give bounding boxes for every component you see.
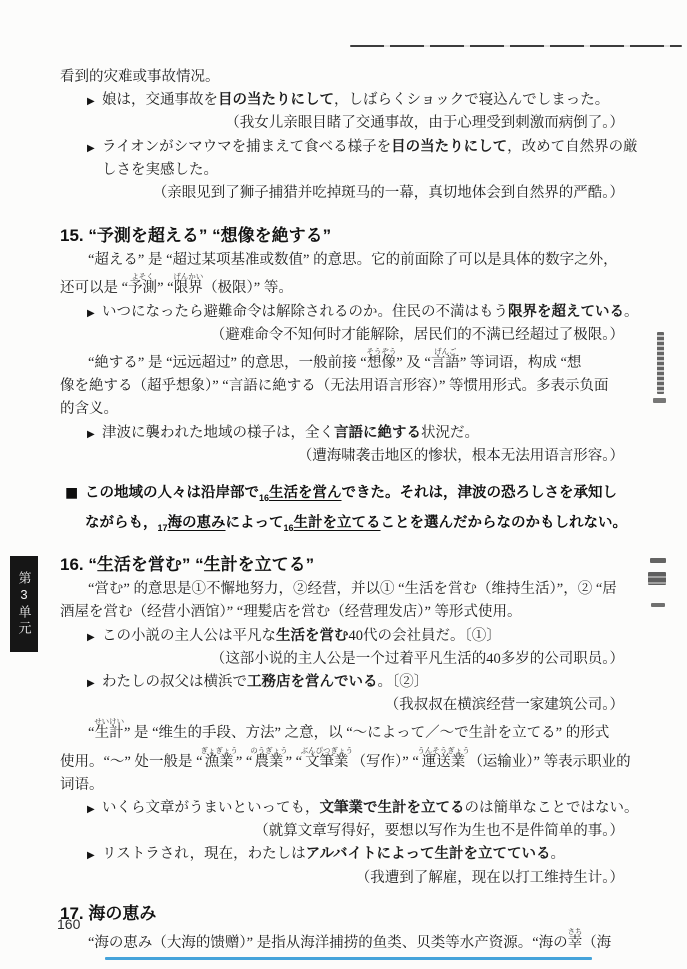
scan-artifact xyxy=(650,558,666,563)
text-segment: できた。それは，津波の恐ろしさを承知し xyxy=(342,485,618,501)
text-segment: “超える” 是 “超过某项基准或数值” 的意思。它的前面除了可以是具体的数字之外… xyxy=(88,252,618,268)
text-segment: 的含义。 xyxy=(60,401,118,417)
text-segment: （运输业）” 等表示职业的 xyxy=(468,754,630,770)
ruby-annotated-word: 予測よそく xyxy=(128,280,157,296)
text-segment: “海の恵み（大海的馈赠）” 是指从海洋捕捞的鱼类、贝类等水产资源。“海の xyxy=(88,935,568,951)
text-segment: 限界を超えている xyxy=(508,304,624,320)
text-segment: （亲眼见到了狮子捕猎并吃掉斑马的一幕，真切地体会到自然界的严酷。） xyxy=(153,185,624,201)
text-segment: （极限）” 等。 xyxy=(203,280,293,296)
text-segment: によって xyxy=(226,515,284,531)
text-line: （这部小说的主人公是一个过着平凡生活的40多岁的公司职员。） xyxy=(60,648,626,671)
text-segment: 使用。“～” 处一般是 “ xyxy=(60,754,203,770)
text-segment: 文筆業で生計を立てる xyxy=(320,800,465,816)
page-body: 看到的灾难或事故情况。▶娘は，交通事故を目の当たりにして，しばらくショックで寝込… xyxy=(60,66,626,955)
ruby-annotated-word: 生計せいけい xyxy=(94,725,124,741)
bullet-triangle-icon: ▶ xyxy=(87,798,95,821)
text-segment: 。〔②〕 xyxy=(378,674,429,690)
section-heading: 15. “予測を超える” “想像を絶する” xyxy=(60,223,626,249)
text-segment: （我女儿亲眼目睹了交通事故，由于心理受到刺激而病倒了。） xyxy=(225,115,624,131)
ruby-annotated-word: 限界げんかい xyxy=(174,280,204,296)
text-line: （我遭到了解雇，现在以打工维持生计。） xyxy=(60,867,626,890)
bullet-triangle-icon: ▶ xyxy=(87,844,95,867)
text-line: 使用。“～” 处一般是 “漁業ぎょぎょう” “農業のうぎょう” “文筆業ぶんぴつ… xyxy=(60,746,626,774)
footer-rule xyxy=(105,957,592,960)
bullet-triangle-icon: ▶ xyxy=(87,423,95,446)
text-segment: 。 xyxy=(551,846,566,862)
text-segment: 言語に絶する xyxy=(334,425,421,441)
text-segment: 像を絶する（超乎想象）” “言語に絶する（无法用语言形容）” 等惯用形式。多表示… xyxy=(60,378,609,394)
text-line: 还可以是 “予測よそく” “限界げんかい（极限）” 等。 xyxy=(60,272,626,300)
text-segment: いつになったら避難命令は解除されるのか。住民の不満はもう xyxy=(102,304,508,320)
ruby-annotated-word: 漁業ぎょぎょう xyxy=(203,754,236,770)
text-segment: 生活を営ん xyxy=(269,485,342,501)
ruby-annotated-word: 幸さち xyxy=(568,935,583,951)
text-segment: アルバイトによって生計を立てている xyxy=(306,846,551,862)
text-segment: ” “ xyxy=(286,754,303,770)
text-segment: ことを選んだからなのかもしれない。 xyxy=(381,515,628,531)
text-segment: 目の当たりにして xyxy=(391,139,507,155)
text-segment: わたしの叔父は横浜で xyxy=(102,674,247,690)
square-bullet-icon: ■ xyxy=(65,481,78,506)
text-segment: （这部小说的主人公是一个过着平凡生活的40多岁的公司职员。） xyxy=(211,651,624,667)
text-line: 像を絶する（超乎想象）” “言語に絶する（无法用语言形容）” 等惯用形式。多表示… xyxy=(60,375,626,398)
scan-artifact xyxy=(653,398,666,403)
text-segment: 娘は，交通事故を xyxy=(102,92,218,108)
bullet-triangle-icon: ▶ xyxy=(87,672,95,695)
text-line: （亲眼见到了狮子捕猎并吃掉斑马的一幕，真切地体会到自然界的严酷。） xyxy=(60,182,626,205)
text-segment: “絶する” 是 “远远超过” 的意思，一般前接 “ xyxy=(88,355,367,371)
text-line: ながらも，17海の恵みによって16生計を立てることを選んだからなのかもしれない。 xyxy=(60,511,626,541)
text-line: ▶ライオンがシマウマを捕まえて食べる様子を目の当たりにして，改めて自然界の厳 xyxy=(60,136,626,159)
text-segment: 生活を営む xyxy=(276,628,349,644)
text-line: しさを実感した。 xyxy=(60,159,626,182)
bullet-triangle-icon: ▶ xyxy=(87,90,95,113)
text-segment: のは簡単なことではない。 xyxy=(465,800,639,816)
text-segment: （避难命令不知何时才能解除，居民们的不满已经超过了极限。） xyxy=(211,327,624,343)
text-segment: しさを実感した。 xyxy=(102,162,218,178)
text-line: ▶この小説の主人公は平凡な生活を営む40代の会社員だ。〔①〕 xyxy=(60,625,626,648)
text-line: ▶いつになったら避難命令は解除されるのか。住民の不満はもう限界を超えている。 xyxy=(60,301,626,324)
text-segment: ” 及 “ xyxy=(396,355,431,371)
text-segment: この小説の主人公は平凡な xyxy=(102,628,276,644)
text-line: ▶娘は，交通事故を目の当たりにして，しばらくショックで寝込んでしまった。 xyxy=(60,89,626,112)
ruby-annotated-word: 農業のうぎょう xyxy=(252,754,285,770)
text-line: ▶わたしの叔父は横浜で工務店を営んでいる。〔②〕 xyxy=(60,671,626,694)
text-segment: （遭海啸袭击地区的惨状，根本无法用语言形容。） xyxy=(298,448,624,464)
text-line: “営む” 的意思是①不懈地努力，②经营，并以① “生活を営む（维持生活）”，② … xyxy=(60,578,626,601)
text-segment: ながらも， xyxy=(85,515,158,531)
text-line: ▶津波に襲われた地域の様子は，全く言語に絶する状況だ。 xyxy=(60,422,626,445)
text-line: （就算文章写得好，要想以写作为生也不是件简单的事。） xyxy=(60,820,626,843)
text-segment: 16. “生活を営む” “生計を立てる” xyxy=(60,555,314,574)
text-segment: （我遭到了解雇，现在以打工维持生计。） xyxy=(356,870,624,886)
text-segment: いくら文章がうまいといっても， xyxy=(102,800,320,816)
text-line: ■この地域の人々は沿岸部で16生活を営んできた。それは，津波の恐ろしさを承知し xyxy=(60,481,626,511)
text-line: “超える” 是 “超过某项基准或数值” 的意思。它的前面除了可以是具体的数字之外… xyxy=(60,249,626,272)
text-segment: 津波に襲われた地域の様子は，全く xyxy=(102,425,334,441)
text-segment: （海 xyxy=(582,935,611,951)
text-segment: 40代の会社員だ。〔①〕 xyxy=(349,628,501,644)
ruby-annotated-word: 言語げんご xyxy=(431,355,460,371)
text-segment: 目の当たりにして xyxy=(218,92,334,108)
text-segment: リストラされ，現在，わたしは xyxy=(102,846,306,862)
text-line: 的含义。 xyxy=(60,398,626,421)
unit-tab: 第3单元 xyxy=(10,556,38,652)
text-line: （遭海啸袭击地区的惨状，根本无法用语言形容。） xyxy=(60,445,626,468)
reference-number: 16 xyxy=(284,523,294,533)
ruby-annotated-word: 文筆業ぶんぴつぎょう xyxy=(302,754,352,770)
text-line: “生計せいけい” 是 “维生的手段、方法” 之意，以 “～によって／～で生計を立… xyxy=(60,717,626,745)
text-segment: 酒屋を営む（经营小酒馆）” “理髪店を営む（经营理发店）” 等形式使用。 xyxy=(60,604,522,620)
scanned-book-page: 第3单元 看到的灾难或事故情况。▶娘は，交通事故を目の当たりにして，しばらくショ… xyxy=(0,0,687,969)
text-segment: （就算文章写得好，要想以写作为生也不是件简单的事。） xyxy=(254,823,624,839)
ruby-annotated-word: 想像そうぞう xyxy=(367,355,397,371)
text-line: 酒屋を営む（经营小酒馆）” “理髪店を営む（经营理发店）” 等形式使用。 xyxy=(60,601,626,624)
text-segment: “営む” 的意思是①不懈地努力，②经营，并以① “生活を営む（维持生活）”，② … xyxy=(88,581,617,597)
reference-number: 17 xyxy=(158,523,168,533)
ruby-annotated-word: 運送業うんそうぎょう xyxy=(419,754,469,770)
text-segment: 还可以是 “ xyxy=(60,280,128,296)
bullet-triangle-icon: ▶ xyxy=(87,302,95,325)
text-segment: 看到的灾难或事故情况。 xyxy=(60,69,220,85)
text-line: ▶リストラされ，現在，わたしはアルバイトによって生計を立てている。 xyxy=(60,843,626,866)
text-segment: 生計を立てる xyxy=(294,515,381,531)
text-segment: 状況だ。 xyxy=(421,425,479,441)
text-segment: ” 是 “维生的手段、方法” 之意，以 “～によって／～で生計を立てる” 的形式 xyxy=(124,725,609,741)
bullet-triangle-icon: ▶ xyxy=(87,626,95,649)
bullet-triangle-icon: ▶ xyxy=(87,137,95,160)
page-number: 160 xyxy=(57,916,80,932)
text-line: 词语。 xyxy=(60,774,626,797)
section-heading: 16. “生活を営む” “生計を立てる” xyxy=(60,552,626,578)
text-line: （我叔叔在横滨经营一家建筑公司。） xyxy=(60,694,626,717)
text-segment: 15. “予測を超える” “想像を絶する” xyxy=(60,226,331,245)
text-segment: 词语。 xyxy=(60,777,104,793)
scan-artifact xyxy=(657,332,664,394)
text-line: （我女儿亲眼目睹了交通事故，由于心理受到刺激而病倒了。） xyxy=(60,112,626,135)
unit-tab-label: 第3单元 xyxy=(15,571,34,637)
text-segment: （写作）” “ xyxy=(352,754,419,770)
text-segment: ，しばらくショックで寝込んでしまった。 xyxy=(334,92,609,108)
text-segment: ” “ xyxy=(157,280,174,296)
text-segment: 海の恵み xyxy=(168,515,226,531)
text-segment: ライオンがシマウマを捕まえて食べる様子を xyxy=(102,139,391,155)
text-segment: 工務店を営んでいる xyxy=(247,674,378,690)
scan-edge-line xyxy=(350,45,682,47)
section-heading: 17. 海の恵み xyxy=(60,901,626,927)
scan-artifact xyxy=(648,572,666,585)
text-line: 看到的灾难或事故情况。 xyxy=(60,66,626,89)
text-segment: この地域の人々は沿岸部で xyxy=(85,485,259,501)
text-line: “絶する” 是 “远远超过” 的意思，一般前接 “想像そうぞう” 及 “言語げん… xyxy=(60,347,626,375)
text-segment: （我叔叔在横滨经营一家建筑公司。） xyxy=(385,697,624,713)
text-segment: ” 等词语，构成 “想 xyxy=(460,355,582,371)
scan-artifact xyxy=(651,603,665,607)
text-line: “海の恵み（大海的馈赠）” 是指从海洋捕捞的鱼类、贝类等水产资源。“海の幸さち（… xyxy=(60,927,626,955)
text-segment: 。 xyxy=(624,304,639,320)
text-line: （避难命令不知何时才能解除，居民们的不满已经超过了极限。） xyxy=(60,324,626,347)
reference-number: 16 xyxy=(259,493,269,503)
text-segment: ，改めて自然界の厳 xyxy=(507,139,638,155)
text-line: ▶いくら文章がうまいといっても，文筆業で生計を立てるのは簡単なことではない。 xyxy=(60,797,626,820)
